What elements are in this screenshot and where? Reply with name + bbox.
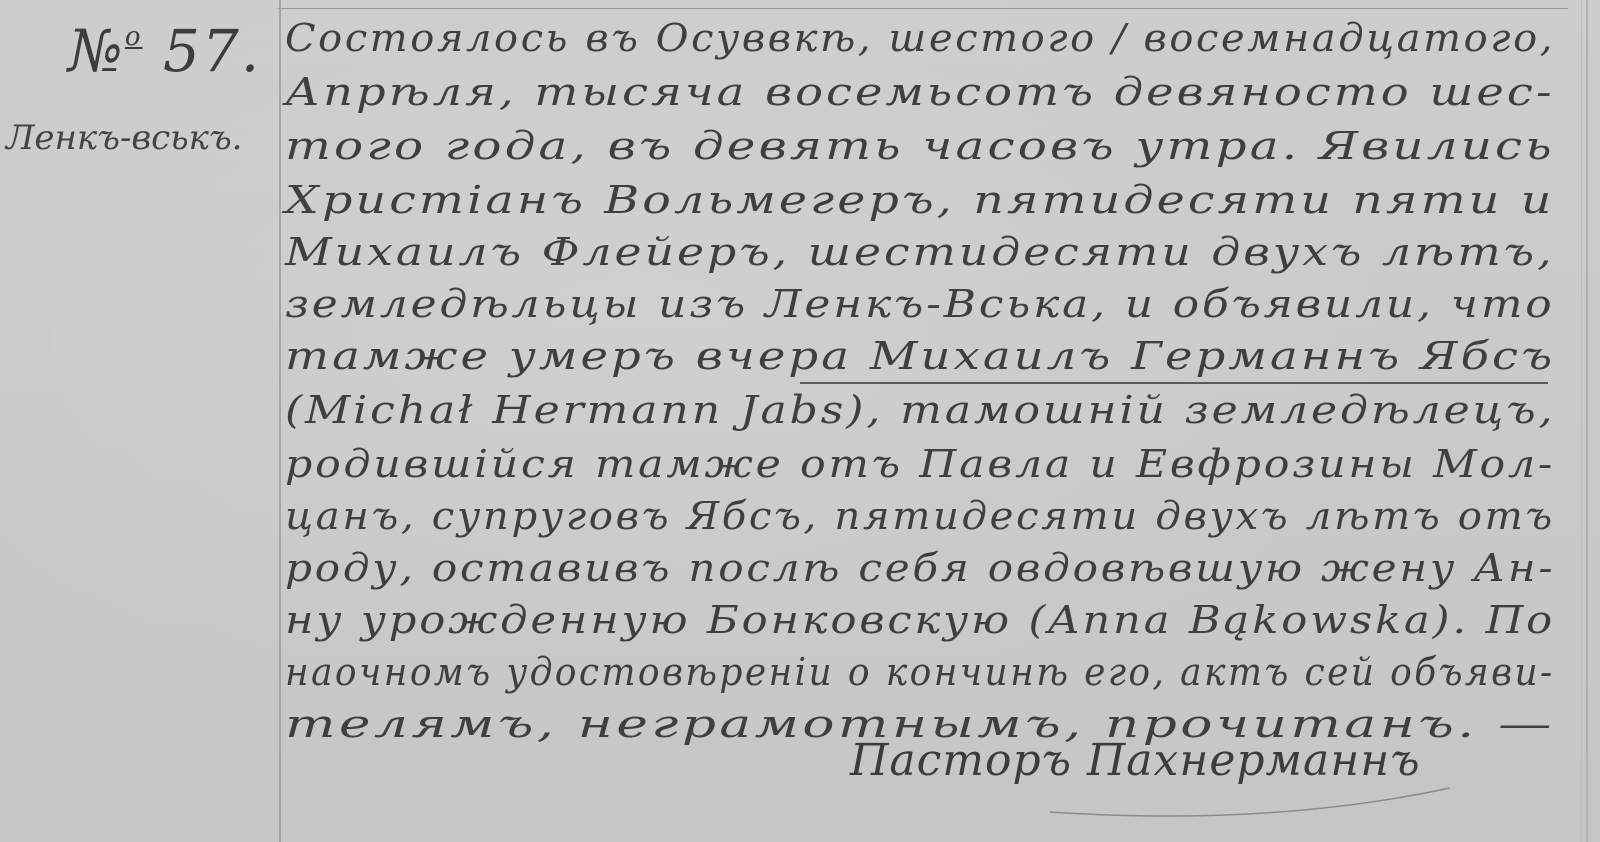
margin-rule-line bbox=[279, 0, 281, 842]
village-name: Ленкъ-вськъ. bbox=[6, 118, 242, 158]
record-line-5: Михаилъ Флейеръ, шестидесяти двухъ лѣтъ, bbox=[285, 230, 1555, 274]
margin-column: №о 57. Ленкъ-вськъ. bbox=[0, 0, 278, 842]
record-line-3: того года, въ девять часовъ утра. Явилис… bbox=[285, 124, 1555, 168]
scanned-register-page: №о 57. Ленкъ-вськъ. Состоялось въ Осуввк… bbox=[0, 0, 1600, 842]
right-edge-line bbox=[1586, 0, 1588, 842]
record-line-13: наочномъ удостовѣреніи о кончинѣ его, ак… bbox=[285, 650, 1555, 694]
top-rule-line bbox=[278, 8, 1568, 9]
record-line-4: Христіанъ Вольмегеръ, пятидесяти пяти и bbox=[285, 178, 1554, 222]
entry-number-label: № bbox=[68, 17, 125, 85]
record-line-8: (Michał Hermann Jabs), тамошній земледѣл… bbox=[285, 388, 1555, 432]
record-line-9: родившійся тамже отъ Павла и Евфрозины М… bbox=[285, 442, 1555, 486]
record-line-10: цанъ, супруговъ Ябсъ, пятидесяти двухъ л… bbox=[285, 494, 1555, 538]
record-line-1: Состоялось въ Осуввкѣ, шестого / восемна… bbox=[285, 16, 1555, 60]
pastor-signature: Пасторъ Пахнерманнъ bbox=[850, 735, 1421, 786]
signature-flourish-icon bbox=[1050, 782, 1470, 822]
deceased-name-underline bbox=[800, 382, 1548, 384]
record-line-2: Апрѣля, тысяча восемьсотъ девяносто шес- bbox=[285, 70, 1555, 114]
entry-number-value: 57. bbox=[163, 17, 261, 85]
right-edge-line-inner bbox=[1581, 0, 1582, 842]
record-line-7: тамже умеръ вчера Михаилъ Германнъ Ябсъ bbox=[285, 334, 1555, 378]
entry-number-superscript: о bbox=[125, 22, 143, 52]
record-line-6: земледѣльцы изъ Ленкъ-Вська, и объявили,… bbox=[285, 282, 1555, 326]
entry-number: №о 57. bbox=[68, 22, 261, 80]
record-line-11: роду, оставивъ послѣ себя овдовѣвшую жен… bbox=[285, 546, 1555, 590]
record-line-12: ну урожденную Бонковскую (Anna Bąkowska)… bbox=[285, 598, 1555, 642]
